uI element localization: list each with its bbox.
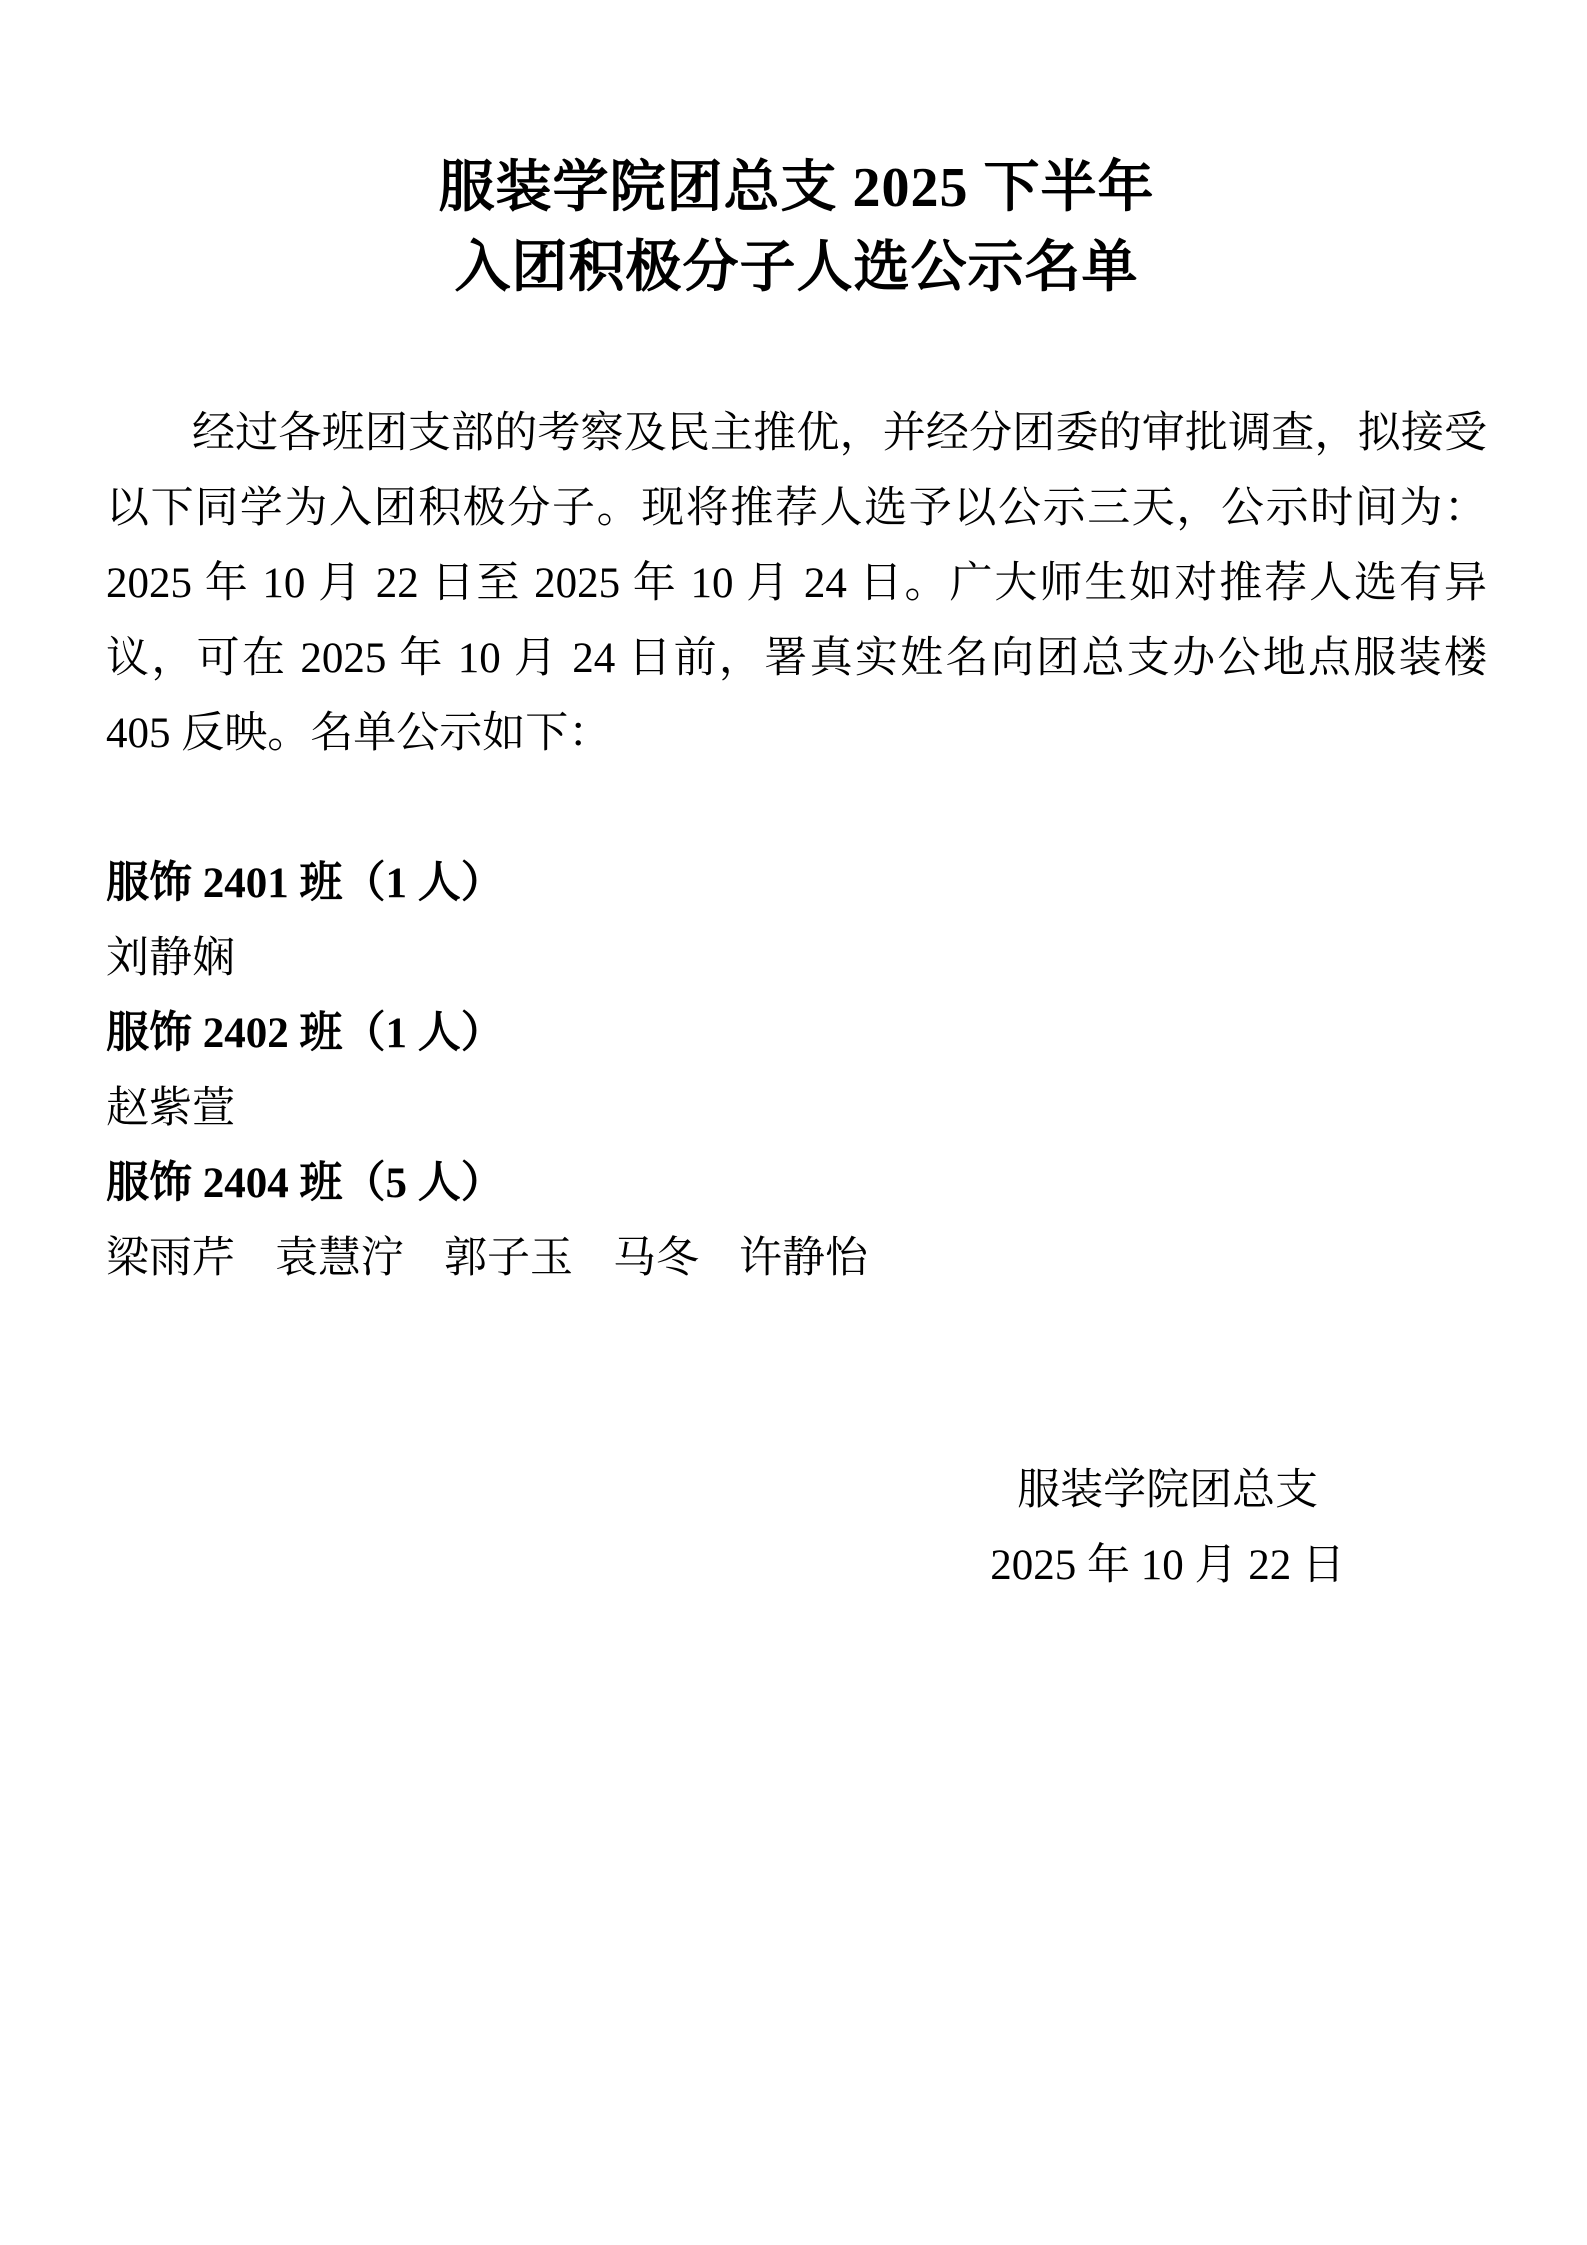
- class-heading: 服饰 2401 班（1 人）: [106, 846, 1487, 921]
- class-heading: 服饰 2404 班（5 人）: [106, 1146, 1487, 1221]
- student-name: 赵紫萱: [106, 1085, 235, 1132]
- signature-date: 2025 年 10 月 22 日: [990, 1528, 1345, 1603]
- student-name: 马冬: [613, 1235, 699, 1282]
- signature-org: 服装学院团总支: [1017, 1453, 1318, 1528]
- class-section: 服饰 2401 班（1 人） 刘静娴: [106, 846, 1487, 996]
- class-heading: 服饰 2402 班（1 人）: [106, 996, 1487, 1071]
- student-name: 郭子玉: [444, 1235, 573, 1282]
- class-names: 赵紫萱: [106, 1071, 1487, 1146]
- title-line-2: 入团积极分子人选公示名单: [106, 228, 1487, 308]
- class-section: 服饰 2404 班（5 人） 梁雨芹袁慧泞郭子玉马冬许静怡: [106, 1146, 1487, 1296]
- class-list: 服饰 2401 班（1 人） 刘静娴 服饰 2402 班（1 人） 赵紫萱 服饰…: [106, 846, 1487, 1296]
- class-section: 服饰 2402 班（1 人） 赵紫萱: [106, 996, 1487, 1146]
- title-line-1: 服装学院团总支 2025 下半年: [106, 148, 1487, 228]
- student-name: 袁慧泞: [275, 1235, 404, 1282]
- student-name: 刘静娴: [106, 935, 235, 982]
- signature-block: 服装学院团总支 2025 年 10 月 22 日: [990, 1453, 1345, 1603]
- body-paragraph: 经过各班团支部的考察及民主推优，并经分团委的审批调查，拟接受以下同学为入团积极分…: [106, 396, 1487, 771]
- student-name: 许静怡: [739, 1235, 868, 1282]
- class-names: 刘静娴: [106, 921, 1487, 996]
- class-names: 梁雨芹袁慧泞郭子玉马冬许静怡: [106, 1221, 1487, 1296]
- document-title: 服装学院团总支 2025 下半年 入团积极分子人选公示名单: [106, 148, 1487, 308]
- student-name: 梁雨芹: [106, 1235, 235, 1282]
- document-page: 服装学院团总支 2025 下半年 入团积极分子人选公示名单 经过各班团支部的考察…: [0, 0, 1587, 2245]
